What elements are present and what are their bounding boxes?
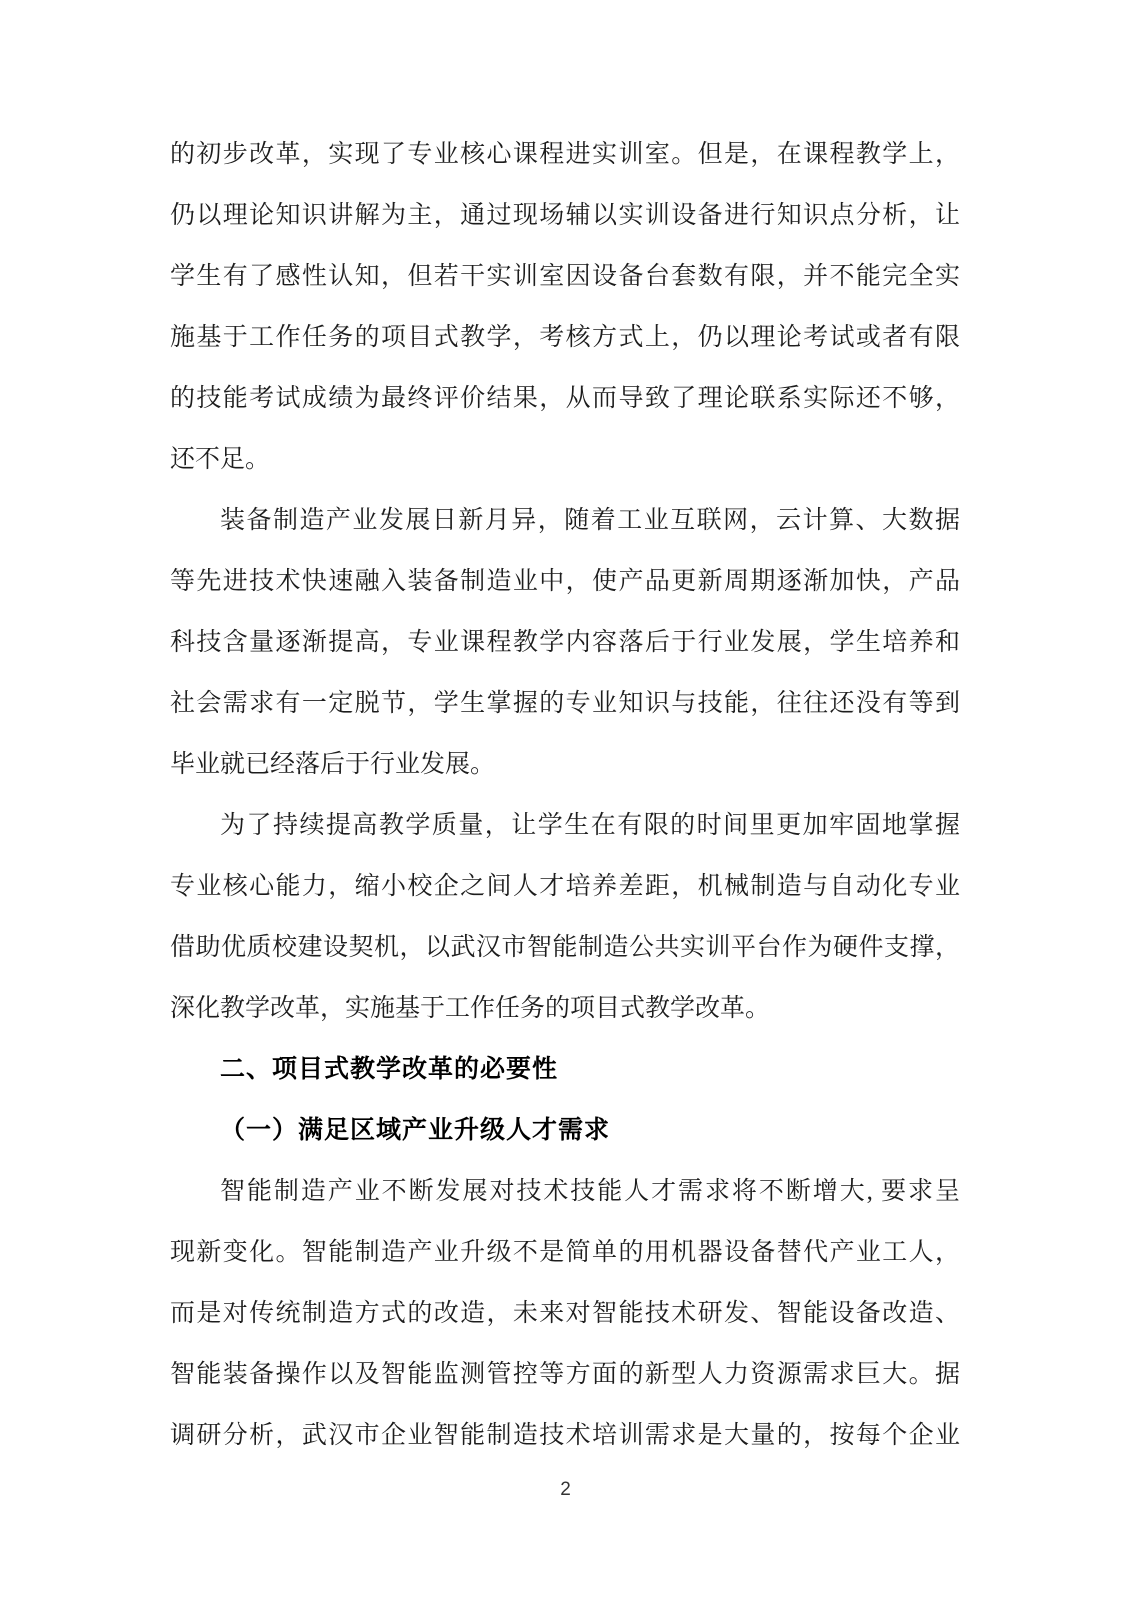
text-line: 二、项目式教学改革的必要性 <box>170 1039 960 1100</box>
text-line: 深化教学改革，实施基于工作任务的项目式教学改革。 <box>170 978 960 1039</box>
text-line: 社会需求有一定脱节，学生掌握的专业知识与技能，往往还没有等到 <box>170 673 960 734</box>
text-line: 毕业就已经落后于行业发展。 <box>170 734 960 795</box>
document-body: 的初步改革，实现了专业核心课程进实训室。但是，在课程教学上，仍以理论知识讲解为主… <box>170 124 960 1466</box>
text-line: 等先进技术快速融入装备制造业中，使产品更新周期逐渐加快，产品 <box>170 551 960 612</box>
document-page: 的初步改革，实现了专业核心课程进实训室。但是，在课程教学上，仍以理论知识讲解为主… <box>0 0 1131 1600</box>
paragraph-3: 为了持续提高教学质量，让学生在有限的时间里更加牢固地掌握专业核心能力，缩小校企之… <box>170 795 960 1039</box>
text-line: 现新变化。智能制造产业升级不是简单的用机器设备替代产业工人， <box>170 1222 960 1283</box>
heading-section-2: 二、项目式教学改革的必要性 <box>170 1039 960 1100</box>
heading-section-2-1: （一）满足区域产业升级人才需求 <box>170 1100 960 1161</box>
text-line: 智能装备操作以及智能监测管控等方面的新型人力资源需求巨大。据 <box>170 1344 960 1405</box>
text-line: 装备制造产业发展日新月异，随着工业互联网，云计算、大数据 <box>170 490 960 551</box>
text-line: 仍以理论知识讲解为主，通过现场辅以实训设备进行知识点分析，让 <box>170 185 960 246</box>
text-line: 而是对传统制造方式的改造，未来对智能技术研发、智能设备改造、 <box>170 1283 960 1344</box>
text-line: 施基于工作任务的项目式教学，考核方式上，仍以理论考试或者有限 <box>170 307 960 368</box>
text-line: 智能制造产业不断发展对技术技能人才需求将不断增大, 要求呈 <box>170 1161 960 1222</box>
text-line: 调研分析，武汉市企业智能制造技术培训需求是大量的，按每个企业 <box>170 1405 960 1466</box>
text-line: 还不足。 <box>170 429 960 490</box>
text-line: 为了持续提高教学质量，让学生在有限的时间里更加牢固地掌握 <box>170 795 960 856</box>
page-number: 2 <box>0 1476 1131 1504</box>
text-line: 的技能考试成绩为最终评价结果，从而导致了理论联系实际还不够， <box>170 368 960 429</box>
text-line: 科技含量逐渐提高，专业课程教学内容落后于行业发展，学生培养和 <box>170 612 960 673</box>
text-line: 专业核心能力，缩小校企之间人才培养差距，机械制造与自动化专业 <box>170 856 960 917</box>
text-line: 借助优质校建设契机，以武汉市智能制造公共实训平台作为硬件支撑， <box>170 917 960 978</box>
text-line: （一）满足区域产业升级人才需求 <box>170 1100 960 1161</box>
paragraph-2: 装备制造产业发展日新月异，随着工业互联网，云计算、大数据等先进技术快速融入装备制… <box>170 490 960 795</box>
text-line: 学生有了感性认知，但若干实训室因设备台套数有限，并不能完全实 <box>170 246 960 307</box>
paragraph-4: 智能制造产业不断发展对技术技能人才需求将不断增大, 要求呈现新变化。智能制造产业… <box>170 1161 960 1466</box>
paragraph-1: 的初步改革，实现了专业核心课程进实训室。但是，在课程教学上，仍以理论知识讲解为主… <box>170 124 960 490</box>
text-line: 的初步改革，实现了专业核心课程进实训室。但是，在课程教学上， <box>170 124 960 185</box>
